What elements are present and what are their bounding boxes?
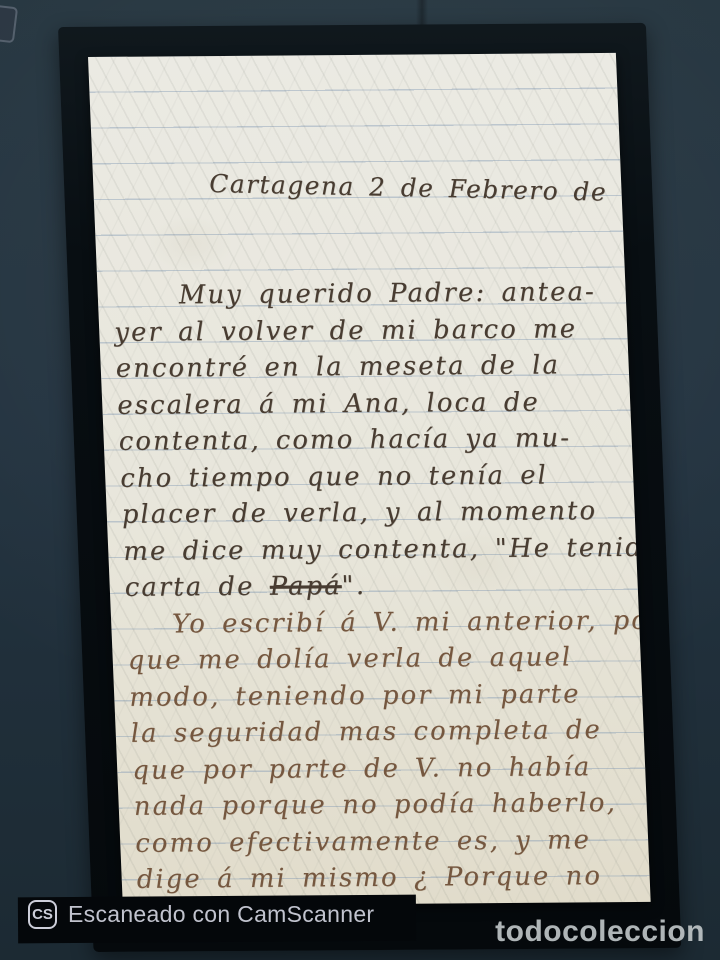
scanned-letter-photo: Cartagena 2 de Febrero de 1880 Muy queri… (0, 0, 720, 960)
handwriting-line: me dice muy contenta, "He tenido (123, 529, 633, 569)
handwriting-line: contenta, como hacía ya mu- (118, 420, 628, 460)
handwriting-line: como efectivamente es, y me (135, 821, 645, 861)
handwriting-line: encontré en la meseta de la (115, 347, 625, 387)
camscanner-icon-letters: CS (32, 906, 53, 923)
camscanner-watermark: CS Escaneado con CamScanner (28, 900, 374, 929)
strike-line-suffix: ". (341, 571, 366, 601)
handwriting-line: la seguridad mas completa de (130, 712, 640, 752)
handwriting-line: Yo escribí á V. mi anterior, por- (126, 602, 636, 642)
handwriting-line: nada porque no podía haberlo, (133, 785, 643, 825)
todocoleccion-watermark: todocoleccion (495, 915, 705, 949)
strike-line-prefix: carta de (124, 572, 270, 603)
handwriting-line: dige á mi mismo ¿ Porque no (136, 858, 646, 898)
handwriting-line: cho tiempo que no tenía el (120, 456, 630, 496)
camscanner-watermark-text: Escaneado con CamScanner (68, 901, 374, 928)
handwriting-line: Muy querido Padre: antea- (112, 274, 622, 314)
camscanner-icon: CS (28, 900, 57, 929)
handwriting-line: placer de verla, y al momento (121, 493, 631, 533)
letter-body: Muy querido Padre: antea- yer al volver … (112, 274, 646, 898)
handwriting-line: modo, teniendo por mi parte (129, 675, 639, 715)
handwriting-line: escalera á mi Ana, loca de (117, 383, 627, 423)
handwriting-line: que me dolía verla de aquel (127, 639, 637, 679)
struck-word: Papá (269, 571, 342, 602)
handwriting-line-with-strikethrough: carta de Papá". (124, 566, 634, 606)
handwriting-line: que por parte de V. no había (132, 748, 642, 788)
letter-page: Cartagena 2 de Febrero de 1880 Muy queri… (88, 53, 651, 906)
letter-dateline: Cartagena 2 de Febrero de 1880 (209, 169, 651, 208)
handwriting-line: yer al volver de mi barco me (114, 310, 624, 350)
